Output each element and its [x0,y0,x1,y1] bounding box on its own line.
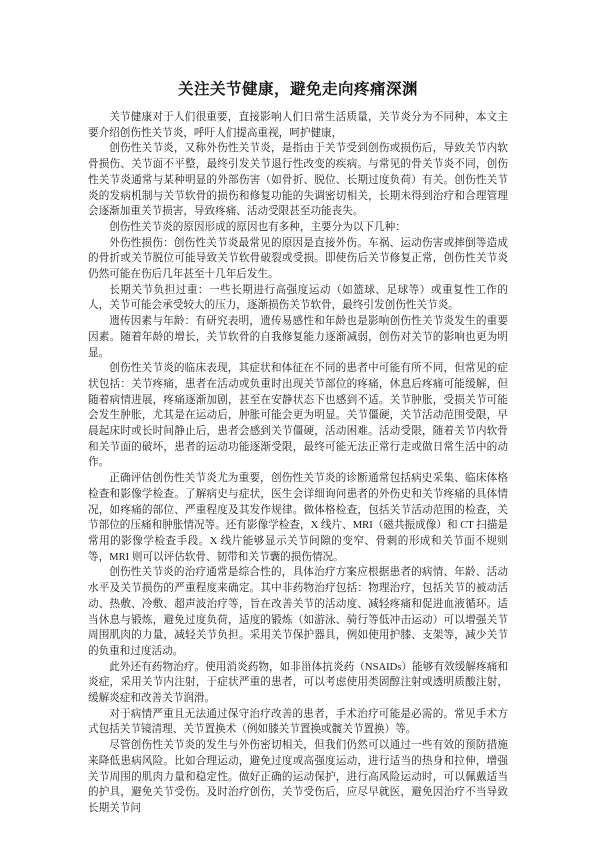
paragraph-diagnosis: 正确评估创伤性关节炎尤为重要，创伤性关节炎的诊断通常包括病史采集、临床体格检查和… [88,471,508,565]
paragraph-cause-overload: 长期关节负担过重：一些长期进行高强度运动（如篮球、足球等）或重复性工作的人，关节… [88,283,508,314]
paragraph-treatment-drug: 此外还有药物治疗。使用消炎药物，如非甾体抗炎药（NSAIDs）能够有效缓解疼痛和… [88,660,508,707]
paragraph-causes-lead: 创伤性关节炎的原因形成的原因也有多种，主要分为以下几种： [88,220,508,236]
paragraph-definition: 创伤性关节炎，又称外伤性关节炎，是指由于关节受到创伤或损伤后，导致关节内软骨损伤… [88,141,508,220]
document-title: 关注关节健康，避免走向疼痛深渊 [88,77,508,99]
document-page: 关注关节健康，避免走向疼痛深渊 关节健康对于人们很重要，直接影响人们日常生活质量… [0,0,595,841]
paragraph-cause-genetics-age: 遗传因素与年龄：有研究表明，遗传易感性和年龄也是影响创伤性关节炎发生的重要因素。… [88,314,508,361]
document-body: 关节健康对于人们很重要，直接影响人们日常生活质量，关节炎分为不同种，本文主要介绍… [88,110,508,817]
paragraph-treatment-nondrug: 创伤性关节炎的治疗通常是综合性的，具体治疗方案应根据患者的病情、年龄、活动水平及… [88,565,508,659]
paragraph-clinical-signs: 创伤性关节炎的临床表现，其症状和体征在不同的患者中可能有所不同，但常见的症状包括… [88,361,508,471]
paragraph-cause-trauma: 外伤性损伤：创伤性关节炎最常见的原因是直接外伤。车祸、运动伤害或摔倒等造成的骨折… [88,236,508,283]
paragraph-treatment-surgery: 对于病情严重且无法通过保守治疗改善的患者，手术治疗可能是必需的。常见手术方式包括… [88,707,508,738]
paragraph-intro: 关节健康对于人们很重要，直接影响人们日常生活质量，关节炎分为不同种，本文主要介绍… [88,110,508,141]
paragraph-prevention: 尽管创伤性关节炎的发生与外伤密切相关，但我们仍然可以通过一些有效的预防措施来降低… [88,738,508,817]
